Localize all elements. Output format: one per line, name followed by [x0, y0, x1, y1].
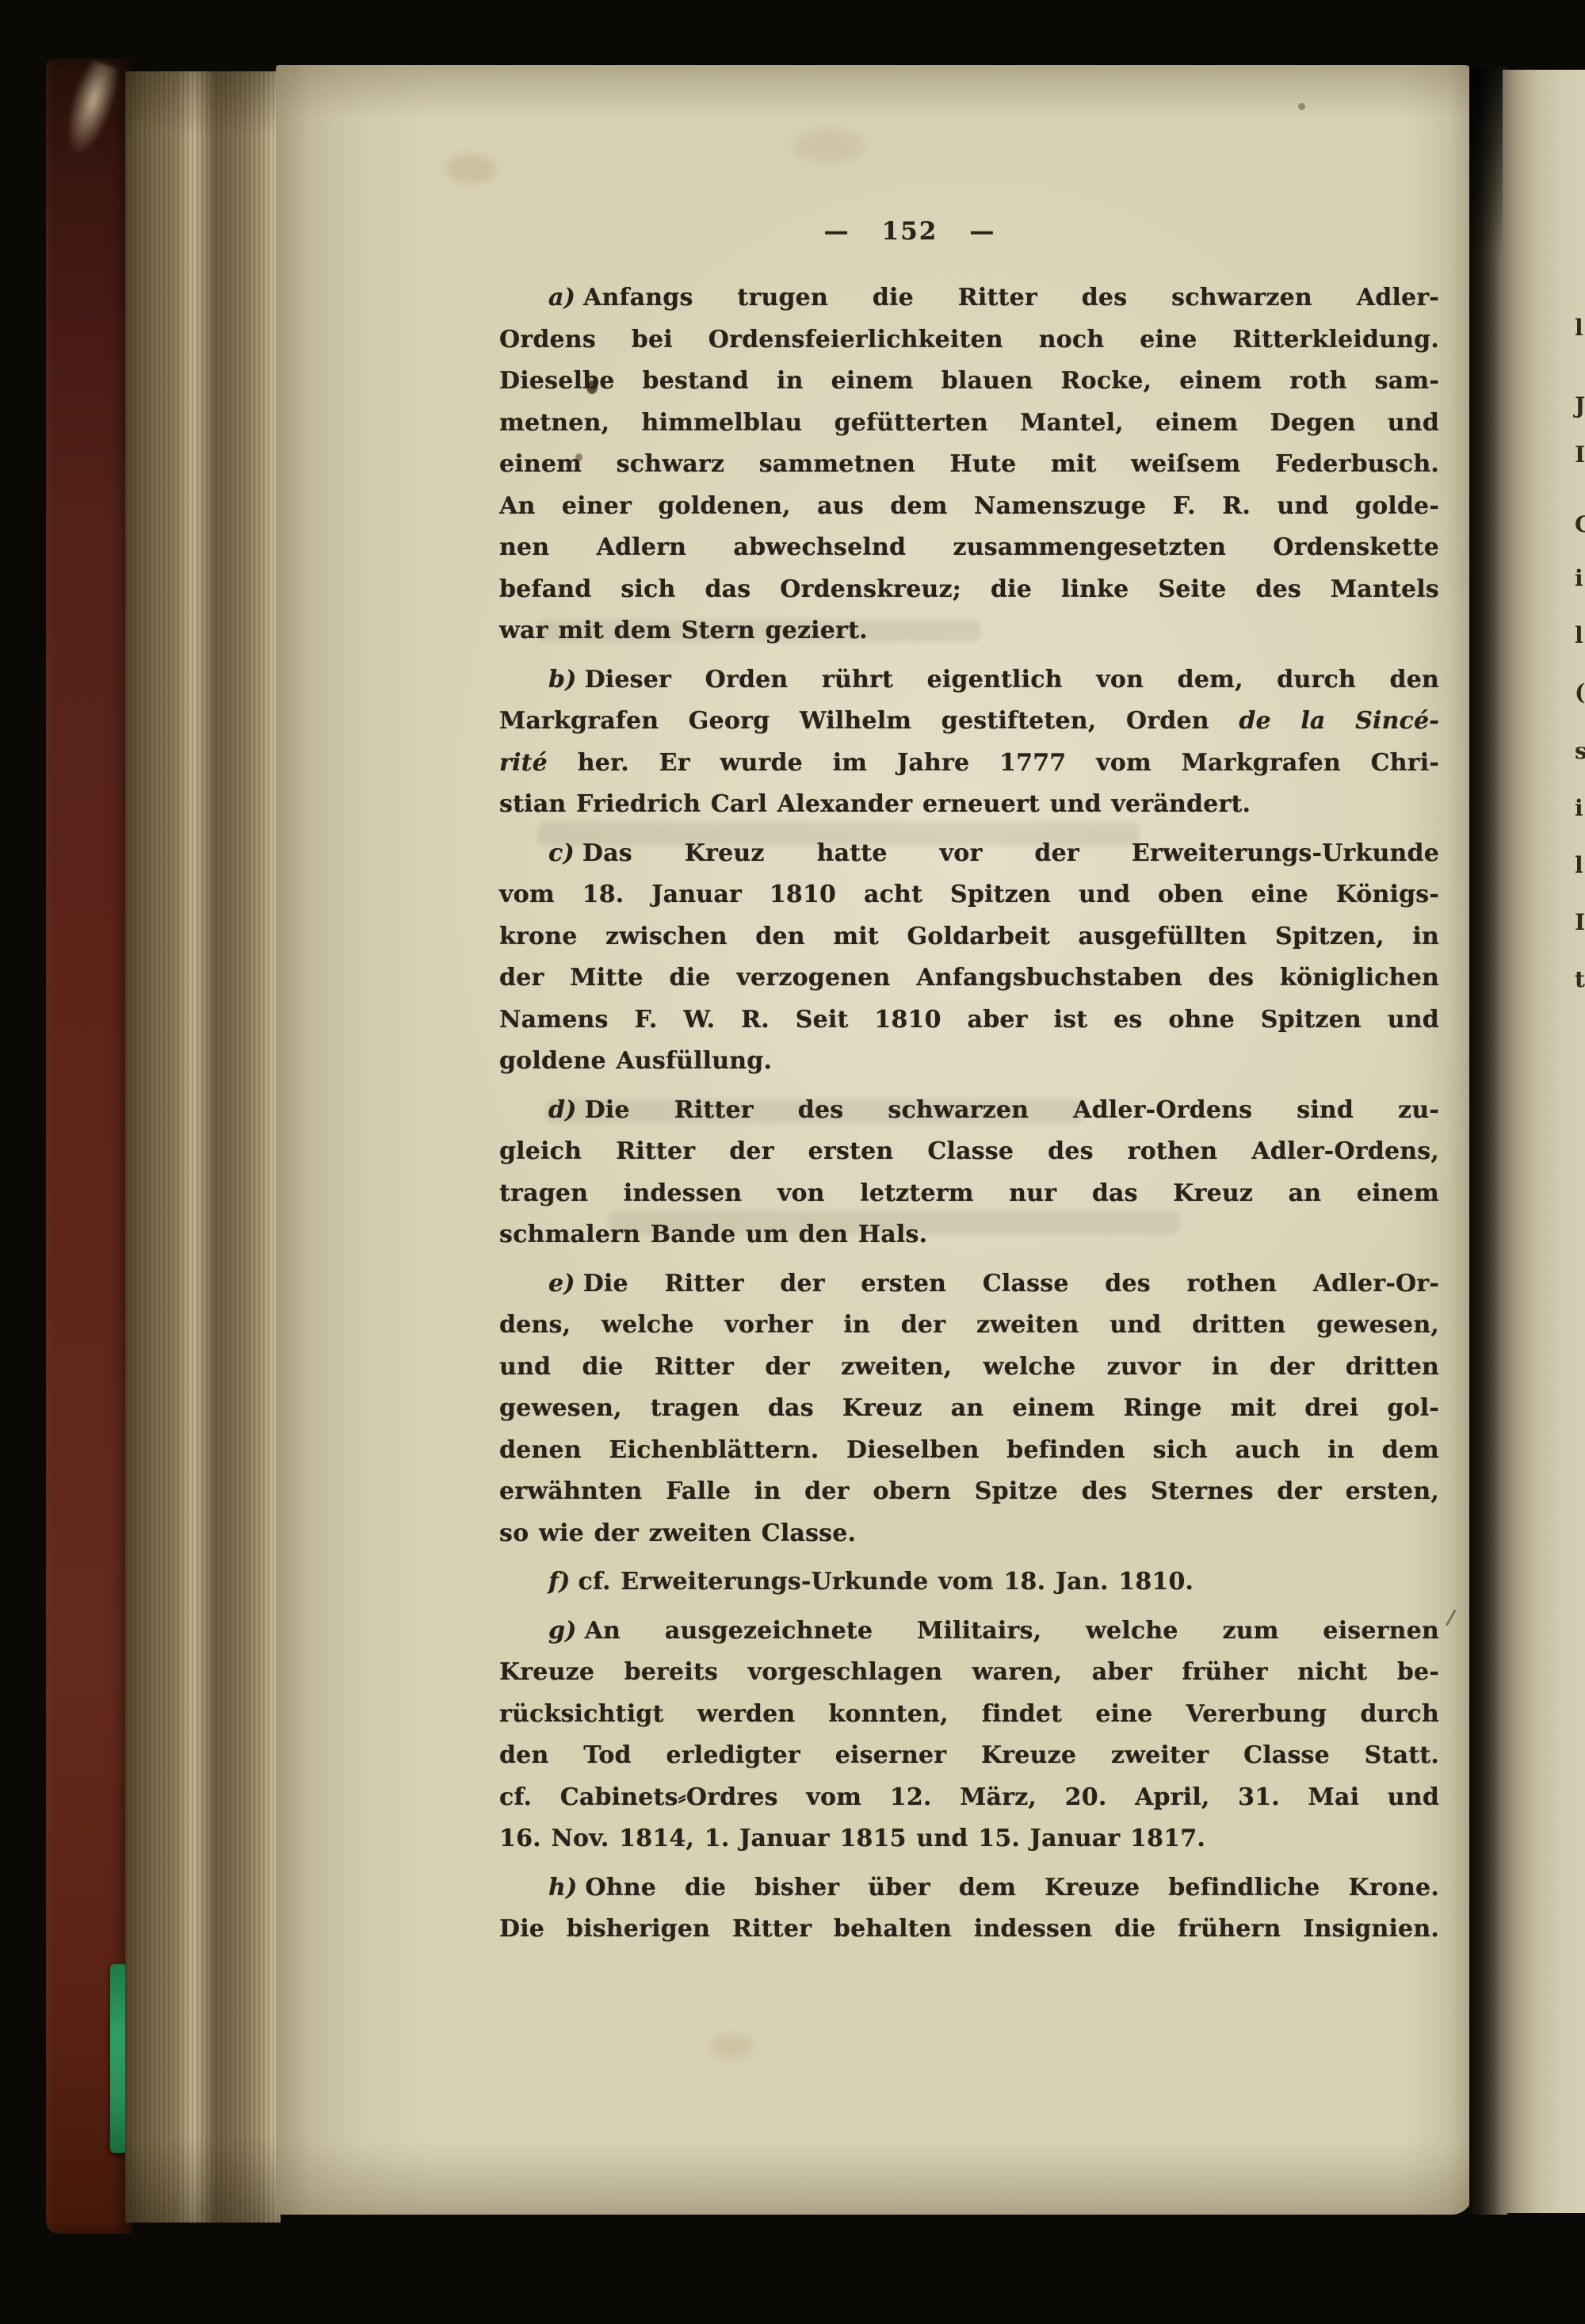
text-line: An einer goldenen, aus dem Namenszuge F.…	[499, 486, 1439, 528]
paragraph-label: d)	[548, 1096, 585, 1124]
text-line: und die Ritter der zweiten, welche zuvor…	[499, 1347, 1439, 1389]
text-line: f)cf. Erweiterungs-Urkunde vom 18. Jan. …	[499, 1561, 1439, 1603]
paragraph-label: e)	[548, 1270, 583, 1298]
page-stack-edges	[125, 71, 281, 2223]
book-cover	[46, 59, 132, 2234]
text-line: Kreuze bereits vorgeschlagen waren, aber…	[499, 1652, 1439, 1694]
edge-glyph-fragment: J	[1575, 395, 1585, 417]
edge-glyph-fragment: i	[1575, 568, 1583, 590]
text-line: gewesen, tragen das Kreuz an einem Ringe…	[499, 1388, 1439, 1430]
paragraph-d: d)Die Ritter des schwarzen Adler-Ordens …	[499, 1090, 1439, 1256]
paragraph-a: a)Anfangs trugen die Ritter des schwarze…	[499, 277, 1439, 652]
paragraph-f: f)cf. Erweiterungs-Urkunde vom 18. Jan. …	[499, 1561, 1439, 1603]
text-line: denen Eichenblättern. Dieselben befinden…	[499, 1430, 1439, 1472]
page-text: a)Anfangs trugen die Ritter des schwarze…	[499, 277, 1439, 1951]
text-line: war mit dem Stern geziert.	[499, 610, 1439, 652]
edge-glyph-fragment: I	[1575, 444, 1585, 466]
text-line: b)Dieser Orden rührt eigentlich von dem,…	[499, 659, 1439, 701]
paragraph-g: g)An ausgezeichnete Militairs, welche zu…	[499, 1611, 1439, 1860]
edge-glyph-fragment: s	[1575, 740, 1585, 763]
paper-stain	[710, 2034, 753, 2059]
page-gutter-shadow	[1469, 67, 1507, 2215]
text-line: cf. Cabinets⸗Ordres vom 12. März, 20. Ap…	[499, 1777, 1439, 1819]
text-line: g)An ausgezeichnete Militairs, welche zu…	[499, 1611, 1439, 1653]
paper-speck	[1298, 103, 1305, 110]
paragraph-label: f)	[548, 1568, 579, 1596]
paragraph-label: a)	[548, 284, 583, 312]
paragraph-label: g)	[548, 1617, 585, 1645]
text-line: metnen, himmelblau gefütterten Mantel, e…	[499, 403, 1439, 445]
text-line: befand sich das Ordenskreuz; die linke S…	[499, 569, 1439, 611]
book-page: — 152 — a)Anfangs trugen die Ritter des …	[276, 65, 1472, 2215]
text-line: vom 18. Januar 1810 acht Spitzen und obe…	[499, 874, 1439, 916]
paragraph-label: c)	[548, 839, 582, 867]
text-line: Dieselbe bestand in einem blauen Rocke, …	[499, 361, 1439, 403]
edge-glyph-fragment: l	[1575, 854, 1583, 877]
text-line: tragen indessen von letzterm nur das Kre…	[499, 1173, 1439, 1215]
edge-glyph-fragment: i	[1575, 797, 1583, 820]
edge-glyph-fragment: t	[1575, 969, 1585, 991]
text-line: einem schwarz sammetnen Hute mit weiſsem…	[499, 444, 1439, 486]
text-line: den Tod erledigter eiserner Kreuze zweit…	[499, 1735, 1439, 1777]
text-line: goldene Ausfüllung.	[499, 1041, 1439, 1083]
paragraph-h: h)Ohne die bisher über dem Kreuze befind…	[499, 1867, 1439, 1951]
facing-page-edge	[1503, 70, 1585, 2213]
text-line: rité her. Er wurde im Jahre 1777 vom Mar…	[499, 743, 1439, 785]
text-line: Markgrafen Georg Wilhelm gestifteten, Or…	[499, 701, 1439, 743]
paragraph-b: b)Dieser Orden rührt eigentlich von dem,…	[499, 659, 1439, 826]
page-number-value: 152	[882, 217, 938, 246]
paper-stain	[445, 154, 496, 184]
paper-stain	[791, 128, 866, 162]
book-scan: { "document": { "language": "de", "page_…	[0, 0, 1585, 2324]
edge-glyph-fragment: C	[1575, 514, 1585, 536]
text-line: 16. Nov. 1814, 1. Januar 1815 und 15. Ja…	[499, 1818, 1439, 1860]
page-number: — 152 —	[672, 217, 1148, 246]
board-edge-green	[110, 1964, 127, 2153]
text-line: so wie der zweiten Classe.	[499, 1513, 1439, 1555]
edge-glyph-fragment: I	[1575, 912, 1585, 934]
text-line: krone zwischen den mit Goldarbeit ausgef…	[499, 916, 1439, 958]
edge-glyph-fragment: l	[1575, 317, 1583, 339]
text-line: der Mitte die verzogenen Anfangsbuchstab…	[499, 958, 1439, 1000]
edge-glyph-fragment: l	[1575, 625, 1583, 647]
page-number-dash-right: —	[969, 217, 995, 246]
text-line: Die bisherigen Ritter behalten indessen …	[499, 1909, 1439, 1951]
text-line: Namens F. W. R. Seit 1810 aber ist es oh…	[499, 1000, 1439, 1042]
paragraph-label: h)	[548, 1874, 585, 1902]
text-line: erwähnten Falle in der obern Spitze des …	[499, 1471, 1439, 1513]
text-line: schmalern Bande um den Hals.	[499, 1214, 1439, 1256]
text-line: stian Friedrich Carl Alexander erneuert …	[499, 784, 1439, 826]
paragraph-label: b)	[548, 666, 585, 694]
text-line: e)Die Ritter der ersten Classe des rothe…	[499, 1263, 1439, 1305]
text-line: rücksichtigt werden konnten, findet eine…	[499, 1694, 1439, 1736]
text-line: gleich Ritter der ersten Classe des roth…	[499, 1131, 1439, 1173]
page-number-dash-left: —	[824, 217, 850, 246]
text-line: Ordens bei Ordensfeierlichkeiten noch ei…	[499, 319, 1439, 361]
paragraph-c: c)Das Kreuz hatte vor der Erweiterungs-U…	[499, 833, 1439, 1083]
text-line: a)Anfangs trugen die Ritter des schwarze…	[499, 277, 1439, 319]
paragraph-e: e)Die Ritter der ersten Classe des rothe…	[499, 1263, 1439, 1555]
text-line: c)Das Kreuz hatte vor der Erweiterungs-U…	[499, 833, 1439, 875]
stray-ink-mark: /	[1445, 1605, 1457, 1630]
edge-glyph-fragment: (	[1575, 682, 1585, 704]
text-line: dens, welche vorher in der zweiten und d…	[499, 1305, 1439, 1347]
text-line: d)Die Ritter des schwarzen Adler-Ordens …	[499, 1090, 1439, 1132]
text-line: nen Adlern abwechselnd zusammengesetzten…	[499, 527, 1439, 569]
text-line: h)Ohne die bisher über dem Kreuze befind…	[499, 1867, 1439, 1909]
